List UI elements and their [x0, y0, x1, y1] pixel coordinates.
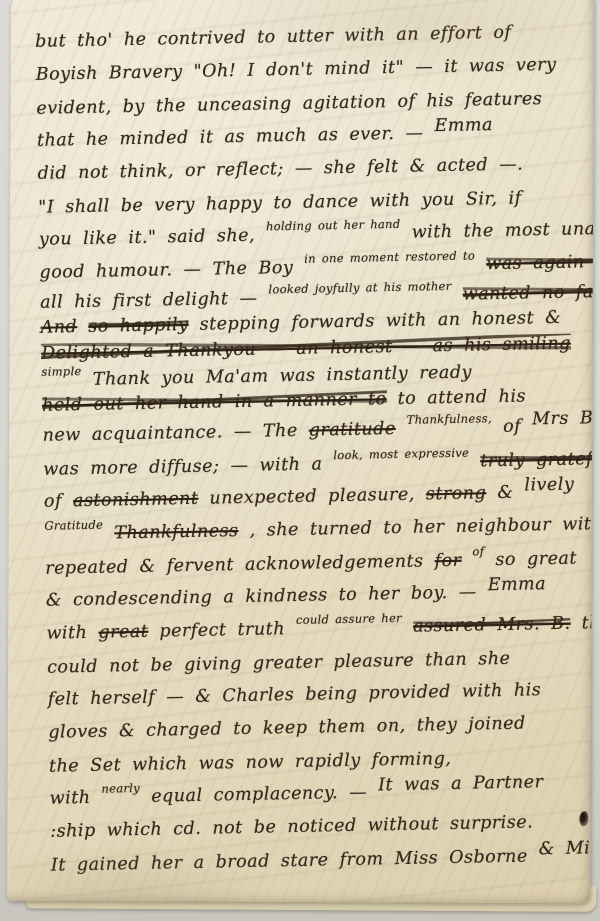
handwritten-text: gloves & charged to keep them on, they j… — [48, 714, 526, 743]
manuscript-photo: but tho' he contrived to utter with an e… — [0, 0, 600, 921]
handwritten-text: It gained her a broad stare from Miss Os… — [51, 847, 528, 876]
handwritten-text: & Miss — [538, 838, 594, 859]
handwritten-text: "I shall be very happy to dance with you… — [38, 189, 522, 218]
handwritten-text: to attend his — [397, 386, 526, 408]
inserted-text: in one moment restored to — [304, 248, 475, 265]
handwritten-text: did not think, or reflect; — she felt & … — [37, 154, 523, 183]
handwritten-text: :ship which cd. not be noticed without s… — [50, 812, 533, 841]
handwritten-text: Emma — [488, 574, 547, 595]
inserted-text: of — [472, 544, 484, 558]
handwritten-text: & condescending a kindness to her boy. — — [46, 582, 477, 610]
inserted-text: holding out her hand — [266, 217, 401, 234]
handwritten-text: unexpected pleasure, — [209, 485, 415, 509]
deleted-text: truly grateful look — [480, 448, 594, 471]
handwritten-text: was more diffuse; — with a — [43, 454, 322, 479]
handwritten-text: good humour. — The Boy — [39, 258, 293, 283]
deleted-text: astonishment — [73, 489, 199, 511]
handwritten-text: , she turned to her neighbour with — [249, 514, 594, 541]
handwritten-text: It was a Partner — [378, 772, 544, 795]
deleted-text: assured Mrs. B. — [413, 614, 571, 637]
handwritten-text: with the most unaffected — [412, 218, 594, 243]
inserted-text: simple — [41, 364, 81, 379]
manuscript-text: but tho' he contrived to utter with an e… — [35, 16, 594, 882]
deleted-text: was again all happiness — [486, 250, 594, 275]
deleted-text: Thankfulness — [114, 521, 239, 543]
handwritten-text: Boyish Bravery "Oh! I don't mind it" — i… — [36, 55, 557, 85]
handwritten-text: Mrs Blake — [532, 407, 594, 429]
inserted-text: Thankfulness, — [407, 411, 492, 427]
deleted-text: And — [40, 317, 77, 338]
handwritten-text: with — [46, 623, 87, 644]
handwritten-text: equal complacency. — — [151, 783, 367, 807]
handwritten-text: the Set which was now rapidly forming, — [49, 749, 452, 777]
inserted-text: Gratitude — [44, 518, 103, 533]
handwritten-text: with — [49, 788, 90, 809]
handwritten-text: evident, by the unceasing agitation of h… — [36, 89, 542, 119]
handwritten-text: you like it." said she, — [39, 226, 256, 250]
handwritten-text: could not be giving greater pleasure tha… — [47, 649, 511, 678]
deleted-text: so happily — [88, 315, 189, 337]
inserted-text: looked joyfully at his mother — [268, 279, 451, 297]
handwritten-text: all his first delight — — [40, 289, 258, 313]
deleted-text: for — [434, 551, 461, 572]
inserted-text: could assure her — [296, 611, 402, 627]
handwritten-text: lively — [524, 474, 574, 495]
handwritten-text: & — [497, 483, 513, 503]
deleted-text: wanted no farther solicitation — [463, 279, 594, 305]
deleted-text: great — [98, 622, 148, 643]
deleted-text: gratitude — [309, 419, 396, 441]
handwritten-text: that he minded it as much as ever. — — [37, 123, 424, 150]
deleted-text: strong — [426, 483, 487, 504]
handwritten-text: perfect truth — [159, 619, 285, 641]
inserted-text: look, most expressive — [333, 445, 469, 462]
handwritten-text: felt herself — & Charles being provided … — [48, 680, 542, 709]
handwritten-text: repeated & fervent acknowledgements — [45, 551, 424, 578]
inserted-text: nearly — [101, 781, 140, 796]
handwritten-text: that she — [581, 612, 593, 634]
handwritten-text: of — [44, 491, 62, 511]
handwritten-text: so great — [495, 549, 577, 571]
handwritten-text: of — [503, 417, 521, 437]
handwritten-text: but tho' he contrived to utter with an e… — [35, 23, 512, 52]
handwritten-text: Emma — [434, 115, 493, 136]
handwritten-text: new acquaintance. — The — [42, 421, 297, 446]
manuscript-page: but tho' he contrived to utter with an e… — [7, 0, 594, 903]
